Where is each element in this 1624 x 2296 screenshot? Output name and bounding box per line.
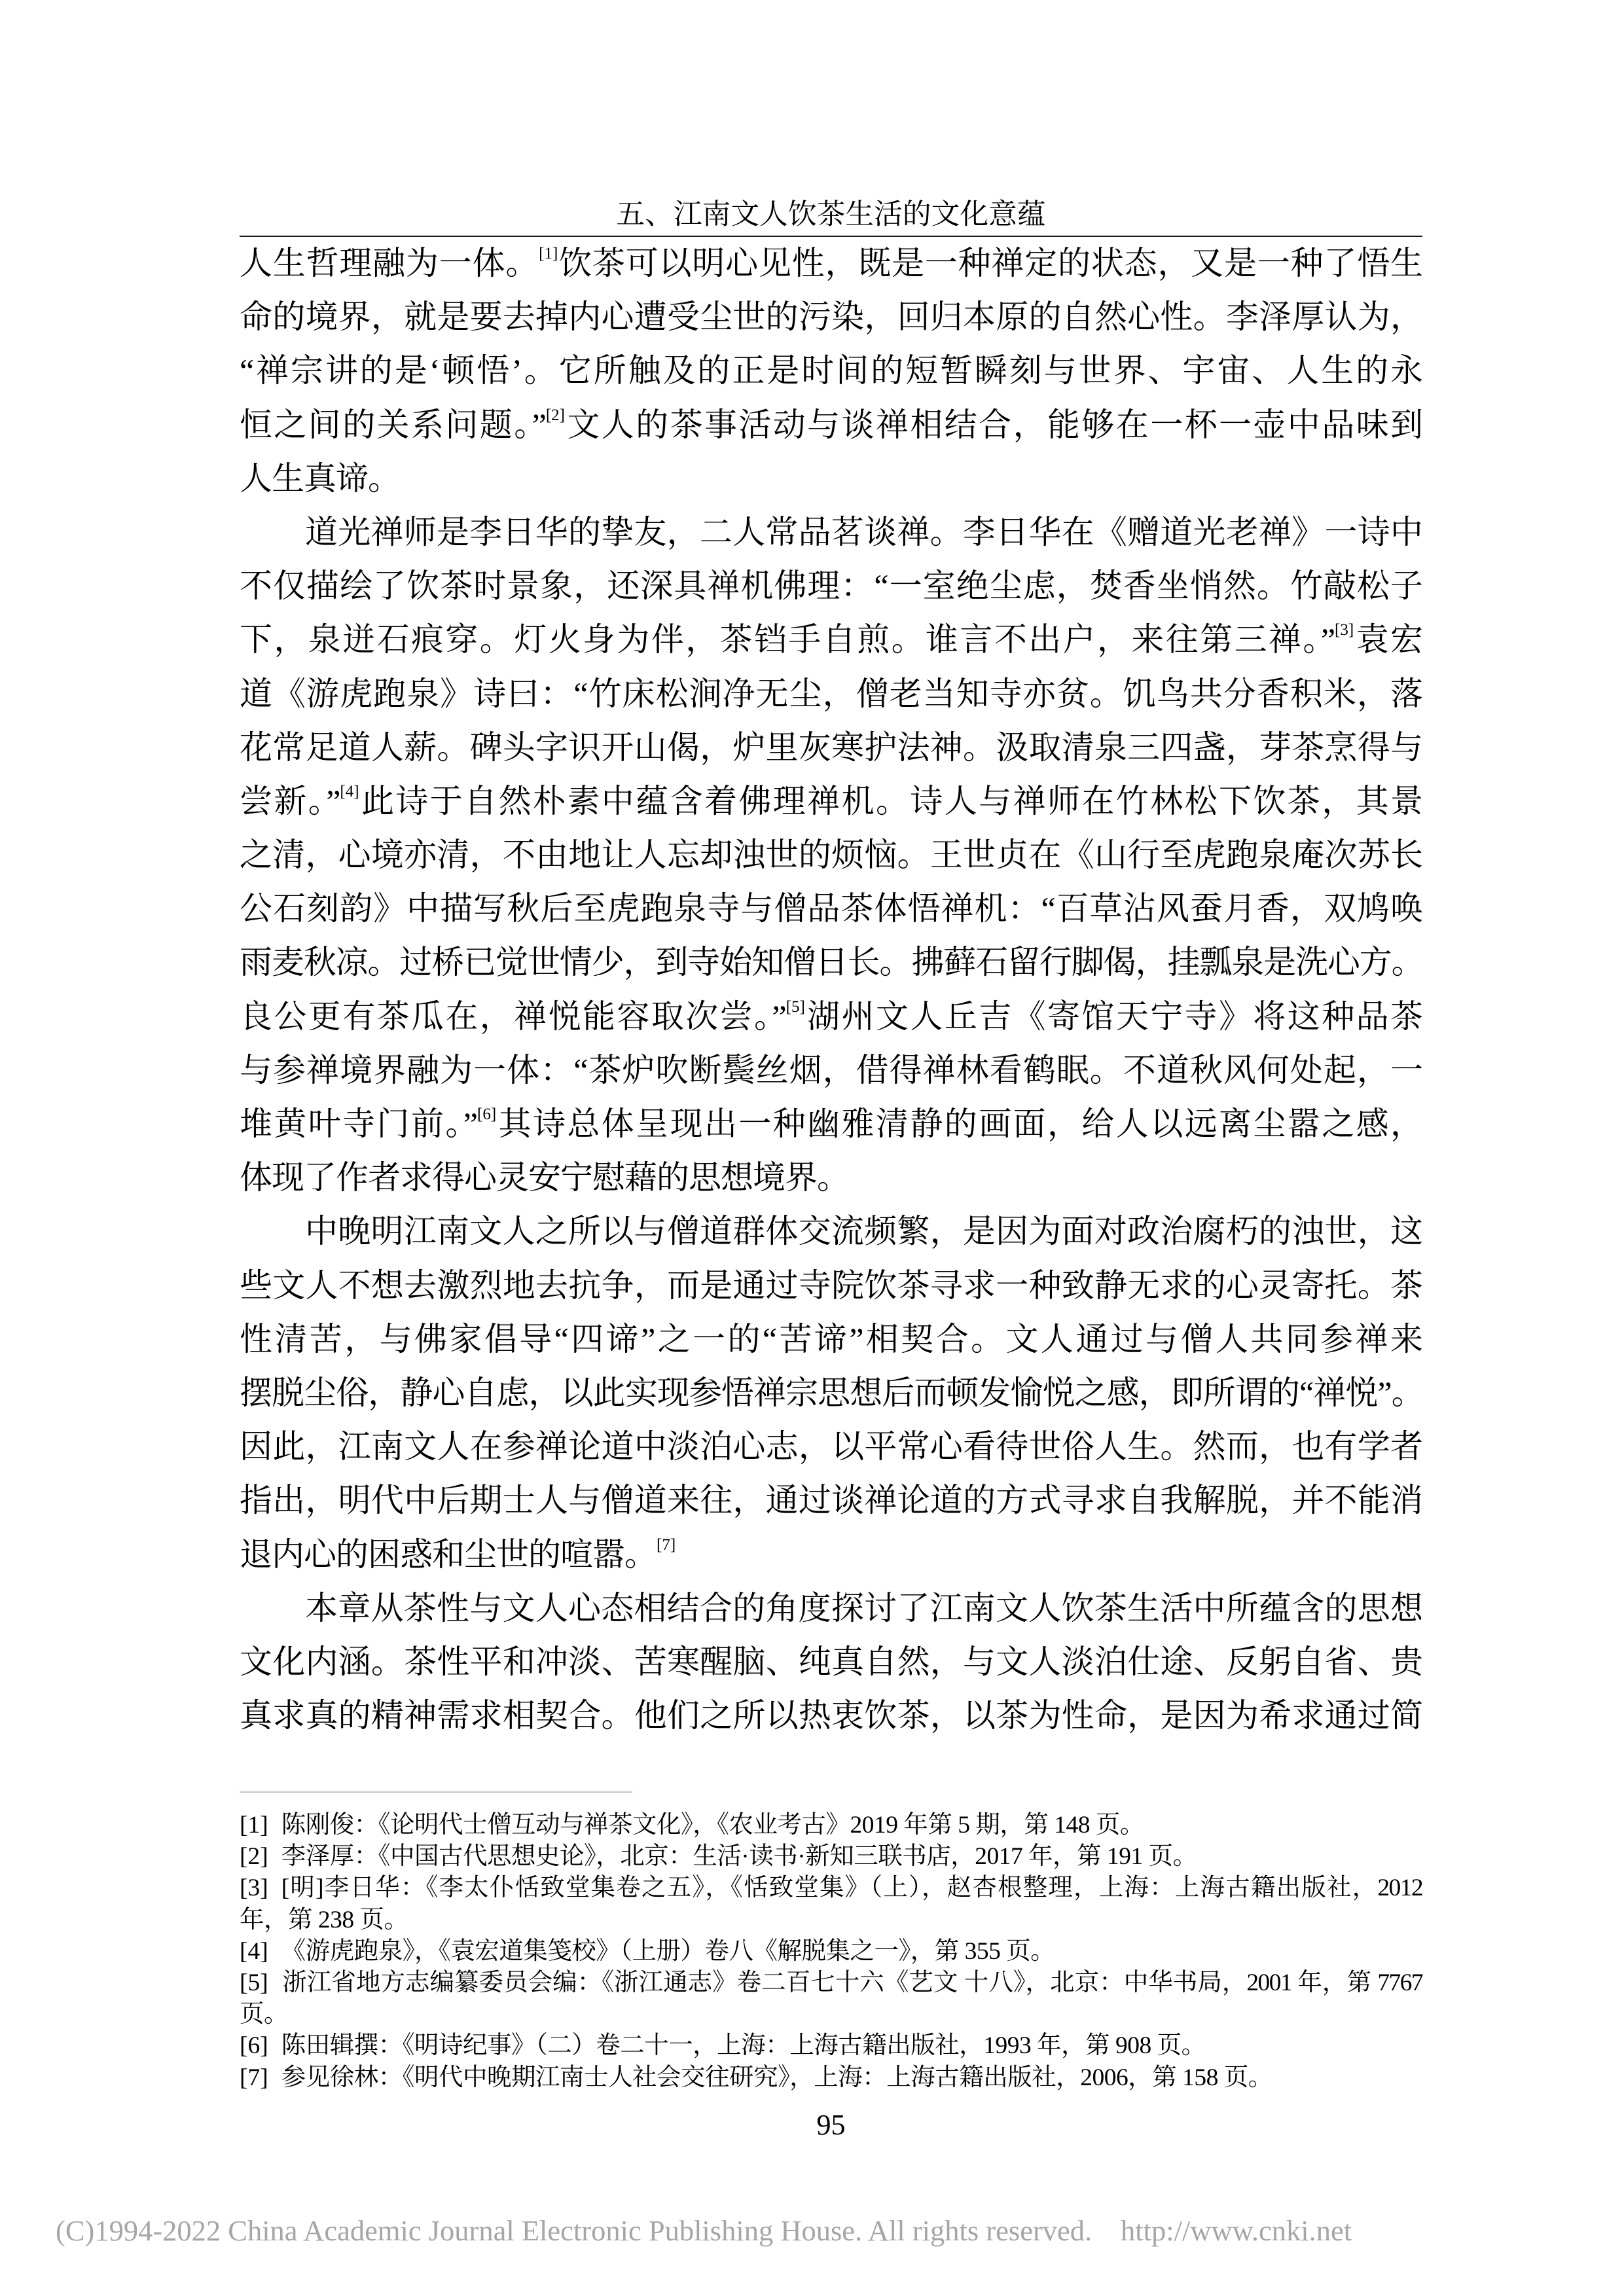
paragraph: 人生哲理融为一体。[1]饮茶可以明心见性，既是一种禅定的状态，又是一种了悟生 命… (240, 236, 1422, 505)
footnote-line: 年，第 238 页。 (240, 1905, 1422, 1936)
footnote-marker: [4] (240, 1938, 268, 1965)
footnote-marker: [3] (240, 1874, 268, 1901)
footnote-text: [明]李日华：《李太仆恬致堂集卷之五》，《恬致堂集》（上），赵杏根整理，上海：上… (281, 1874, 1422, 1901)
text-line: 道《游虎跑泉》诗曰：“竹床松涧净无尘，僧老当知寺亦贫。饥鸟共分香积米，落 (240, 667, 1422, 721)
text-line: 下，泉迸石痕穿。灯火身为伴，茶铛手自煎。谁言不出户，来往第三禅。”[3]袁宏 (240, 613, 1422, 666)
text-line: 些文人不想去激烈地去抗争，而是通过寺院饮茶寻求一种致静无求的心灵寄托。茶 (240, 1259, 1422, 1312)
footnote-marker: [7] (240, 2064, 268, 2091)
paragraph: 道光禅师是李日华的挚友，二人常品茗谈禅。李日华在《赠道光老禅》一诗中 不仅描绘了… (240, 505, 1422, 1204)
text-line: 恒之间的关系问题。”[2]文人的茶事活动与谈禅相结合，能够在一杯一壶中品味到 (240, 398, 1422, 452)
text-line: 退内心的困惑和尘世的喧嚣。[7] (240, 1528, 1422, 1581)
footnote: [3][明]李日华：《李太仆恬致堂集卷之五》，《恬致堂集》（上），赵杏根整理，上… (240, 1873, 1422, 1935)
text-segment: 其诗总体呈现出一种幽雅清静的画面，给人以远离尘嚣之感， (496, 1105, 1422, 1142)
text-line: 不仅描绘了饮茶时景象，还深具禅机佛理：“一室绝尘虑，焚香坐悄然。竹敲松子 (240, 559, 1422, 613)
text-line: 雨麦秋凉。过桥已觉世情少，到寺始知僧日长。拂藓石留行脚偈，挂瓢泉是洗心方。 (240, 935, 1422, 989)
text-segment: 此诗于自然朴素中蕴含着佛理禅机。诗人与禅师在竹林松下饮茶，其景 (359, 783, 1422, 819)
footnote-line: [4]《游虎跑泉》，《袁宏道集笺校》（上册）卷八《解脱集之一》，第 355 页。 (240, 1936, 1422, 1967)
copyright-notice: (C)1994-2022 China Academic Journal Elec… (56, 2216, 1092, 2246)
footnotes: [1]陈刚俊：《论明代士僧互动与禅茶文化》，《农业考古》2019 年第 5 期，… (240, 1810, 1422, 2094)
footnote-text: 李泽厚：《中国古代思想史论》，北京：生活·读书·新知三联书店，2017 年，第 … (281, 1843, 1197, 1870)
text-segment: 退内心的困惑和尘世的喧嚣。 (240, 1536, 657, 1573)
text-line: 中晚明江南文人之所以与僧道群体交流频繁，是因为面对政治腐朽的浊世，这 (240, 1204, 1422, 1258)
footnote-line: [5]浙江省地方志编纂委员会编：《浙江通志》卷二百七十六《艺文 十八》，北京：中… (240, 1967, 1422, 1999)
footnote: [5]浙江省地方志编纂委员会编：《浙江通志》卷二百七十六《艺文 十八》，北京：中… (240, 1967, 1422, 2030)
text-segment: 人生哲理融为一体。 (240, 245, 539, 281)
footnote-line: [6]陈田辑撰：《明诗纪事》（二）卷二十一，上海：上海古籍出版社，1993 年，… (240, 2030, 1422, 2062)
footnote-ref: [5] (786, 998, 805, 1016)
text-line: 道光禅师是李日华的挚友，二人常品茗谈禅。李日华在《赠道光老禅》一诗中 (240, 505, 1422, 559)
footnote-line: [7]参见徐林：《明代中晚期江南士人社会交往研究》，上海：上海古籍出版社，200… (240, 2062, 1422, 2094)
source-url: http://www.cnki.net (1121, 2216, 1352, 2246)
text-line: 命的境界，就是要去掉内心遭受尘世的污染，回归本原的自然心性。李泽厚认为， (240, 290, 1422, 344)
text-line: 文化内涵。茶性平和冲淡、苦寒醒脑、纯真自然，与文人淡泊仕途、反躬自省、贵 (240, 1635, 1422, 1689)
text-line: 尝新。”[4]此诗于自然朴素中蕴含着佛理禅机。诗人与禅师在竹林松下饮茶，其景 (240, 774, 1422, 828)
text-line: 与参禅境界融为一体：“茶炉吹断鬓丝烟，借得禅林看鹤眠。不道秋风何处起，一 (240, 1043, 1422, 1097)
footnote-text: 《游虎跑泉》，《袁宏道集笺校》（上册）卷八《解脱集之一》，第 355 页。 (281, 1938, 1055, 1965)
footnote-line: [2]李泽厚：《中国古代思想史论》，北京：生活·读书·新知三联书店，2017 年… (240, 1841, 1422, 1873)
footnote-ref: [2] (546, 406, 565, 424)
text-segment: 湖州文人丘吉《寄馆天宁寺》将这种品茶 (805, 998, 1422, 1035)
document-page: 五、江南文人饮茶生活的文化意蕴 人生哲理融为一体。[1]饮茶可以明心见性，既是一… (0, 0, 1624, 2296)
footnote-line: [3][明]李日华：《李太仆恬致堂集卷之五》，《恬致堂集》（上），赵杏根整理，上… (240, 1873, 1422, 1904)
text-line: 之清，心境亦清，不由地让人忘却浊世的烦恼。王世贞在《山行至虎跑泉庵次苏长 (240, 828, 1422, 882)
footnote-text: 浙江省地方志编纂委员会编：《浙江通志》卷二百七十六《艺文 十八》，北京：中华书局… (281, 1969, 1422, 1996)
text-segment: 下，泉迸石痕穿。灯火身为伴，茶铛手自煎。谁言不出户，来往第三禅。” (240, 621, 1335, 658)
footnote-text: 陈刚俊：《论明代士僧互动与禅茶文化》，《农业考古》2019 年第 5 期，第 1… (281, 1812, 1144, 1839)
text-segment: 尝新。” (240, 783, 340, 819)
text-line: 本章从茶性与文人心态相结合的角度探讨了江南文人饮茶生活中所蕴含的思想 (240, 1581, 1422, 1635)
footnote-text: 页。 (240, 2001, 288, 2028)
footnote: [2]李泽厚：《中国古代思想史论》，北京：生活·读书·新知三联书店，2017 年… (240, 1841, 1422, 1873)
footnote-ref: [1] (539, 245, 558, 262)
footnote: [1]陈刚俊：《论明代士僧互动与禅茶文化》，《农业考古》2019 年第 5 期，… (240, 1810, 1422, 1841)
body-text: 人生哲理融为一体。[1]饮茶可以明心见性，既是一种禅定的状态，又是一种了悟生 命… (240, 236, 1422, 1742)
footnote-ref: [4] (340, 783, 359, 800)
footnote-ref: [6] (477, 1105, 496, 1123)
footnote-ref: [7] (657, 1536, 676, 1554)
text-segment: 文人的茶事活动与谈禅相结合，能够在一杯一壶中品味到 (565, 406, 1422, 443)
paragraph: 中晚明江南文人之所以与僧道群体交流频繁，是因为面对政治腐朽的浊世，这 些文人不想… (240, 1204, 1422, 1581)
text-line: 人生真谛。 (240, 452, 1422, 505)
footnote-marker: [5] (240, 1969, 268, 1996)
text-line: 公石刻韵》中描写秋后至虎跑泉寺与僧品茶体悟禅机：“百草沾风蚕月香，双鸠唤 (240, 882, 1422, 935)
text-segment: 饮茶可以明心见性，既是一种禅定的状态，又是一种了悟生 (558, 245, 1422, 281)
footnote-text: 陈田辑撰：《明诗纪事》（二）卷二十一，上海：上海古籍出版社，1993 年，第 9… (281, 2032, 1206, 2059)
text-segment: 恒之间的关系问题。” (240, 406, 546, 443)
text-line: “禅宗讲的是‘顿悟’。它所触及的正是时间的短暂瞬刻与世界、宇宙、人生的永 (240, 344, 1422, 397)
footnote-text: 年，第 238 页。 (240, 1907, 408, 1933)
text-line: 性清苦，与佛家倡导“四谛”之一的“苦谛”相契合。文人通过与僧人共同参禅来 (240, 1312, 1422, 1366)
footnote-marker: [6] (240, 2032, 268, 2059)
text-segment: 良公更有茶瓜在，禅悦能容取次尝。” (240, 998, 786, 1035)
footnote: [6]陈田辑撰：《明诗纪事》（二）卷二十一，上海：上海古籍出版社，1993 年，… (240, 2030, 1422, 2062)
paragraph: 本章从茶性与文人心态相结合的角度探讨了江南文人饮茶生活中所蕴含的思想 文化内涵。… (240, 1581, 1422, 1743)
text-line: 体现了作者求得心灵安宁慰藉的思想境界。 (240, 1151, 1422, 1204)
footnote-ref: [3] (1335, 621, 1354, 639)
footnote: [4]《游虎跑泉》，《袁宏道集笺校》（上册）卷八《解脱集之一》，第 355 页。 (240, 1936, 1422, 1967)
text-segment: 袁宏 (1354, 621, 1422, 658)
footnote-line: 页。 (240, 1999, 1422, 2030)
footnote-marker: [1] (240, 1812, 268, 1839)
text-line: 良公更有茶瓜在，禅悦能容取次尝。”[5]湖州文人丘吉《寄馆天宁寺》将这种品茶 (240, 990, 1422, 1043)
running-header: 五、江南文人饮茶生活的文化意蕴 (240, 198, 1422, 231)
footnote-separator (240, 1791, 632, 1793)
footnote-text: 参见徐林：《明代中晚期江南士人社会交往研究》，上海：上海古籍出版社，2006，第… (281, 2064, 1272, 2091)
footnote-marker: [2] (240, 1843, 268, 1870)
text-line: 堆黄叶寺门前。”[6]其诗总体呈现出一种幽雅清静的画面，给人以远离尘嚣之感， (240, 1097, 1422, 1151)
text-segment: 堆黄叶寺门前。” (240, 1105, 477, 1142)
text-line: 真求真的精神需求相契合。他们之所以热衷饮茶，以茶为性命，是因为希求通过简 (240, 1689, 1422, 1742)
footnote-line: [1]陈刚俊：《论明代士僧互动与禅茶文化》，《农业考古》2019 年第 5 期，… (240, 1810, 1422, 1841)
text-line: 因此，江南文人在参禅论道中淡泊心志，以平常心看待世俗人生。然而，也有学者 (240, 1420, 1422, 1473)
page-number: 95 (240, 2111, 1422, 2140)
text-line: 花常足道人薪。碑头字识开山偈，炉里灰寒护法神。汲取清泉三四盏，芽茶烹得与 (240, 721, 1422, 774)
text-line: 指出，明代中后期士人与僧道来往，通过谈禅论道的方式寻求自我解脱，并不能消 (240, 1473, 1422, 1527)
text-line: 摆脱尘俗，静心自虑，以此实现参悟禅宗思想后而顿发愉悦之感，即所谓的“禅悦”。 (240, 1366, 1422, 1420)
text-line: 人生哲理融为一体。[1]饮茶可以明心见性，既是一种禅定的状态，又是一种了悟生 (240, 236, 1422, 290)
footnote: [7]参见徐林：《明代中晚期江南士人社会交往研究》，上海：上海古籍出版社，200… (240, 2062, 1422, 2094)
